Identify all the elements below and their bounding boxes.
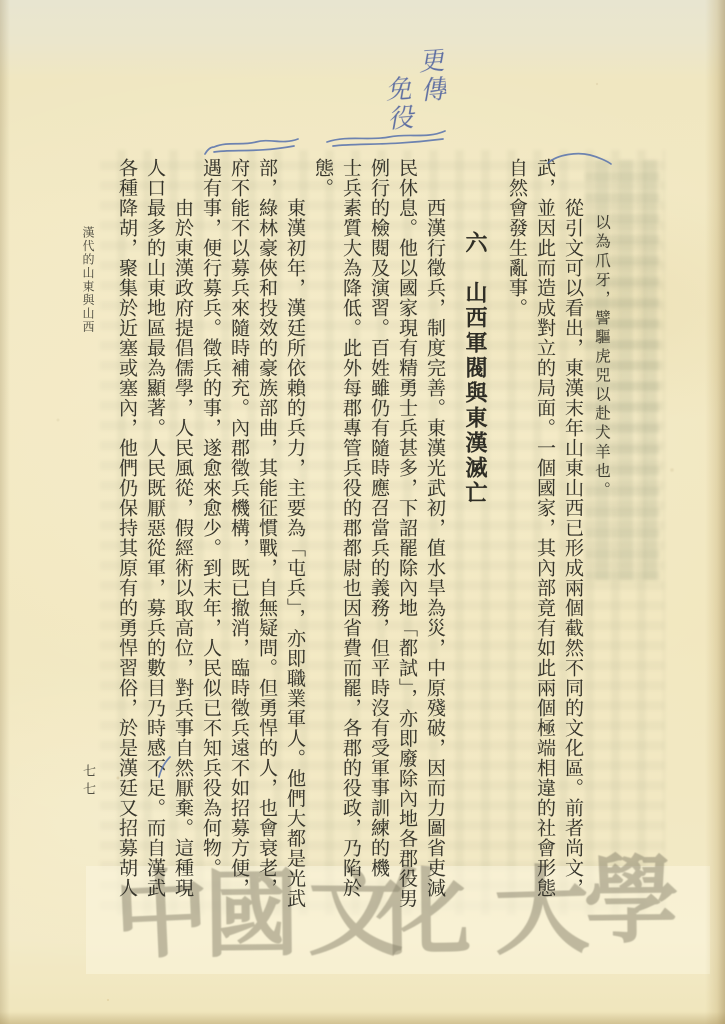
page-edge-left <box>0 0 10 1024</box>
body-column: 東漢初年，漢廷所依賴的兵力，主要為「屯兵」，亦即職業軍人。他們大都是光武舊 <box>280 158 308 910</box>
scanned-book-page: 中 國 文 化 大 學 以為爪牙，譬驅虎兕以赴犬羊也。 從引文可以看出，東漢末年… <box>0 0 725 1024</box>
page-number: 七七 <box>80 764 96 800</box>
body-column: 部，綠林豪俠和投效的豪族部曲，其能征慣戰，自無疑問。但勇悍的人，也會衰老，因此政 <box>252 158 280 910</box>
text-block: 以為爪牙，譬驅虎兕以赴犬羊也。 從引文可以看出，東漢末年山東山西已形成兩個截然不… <box>112 158 616 910</box>
section-heading: 六 山西軍閥與東漢滅亡 <box>448 158 502 910</box>
body-column: 各種降胡，聚集於近塞或塞內，他們仍保持其原有的勇悍習俗，於是漢廷又招募胡人為兵。 <box>112 158 140 910</box>
body-column: 從引文可以看出，東漢末年山東山西已形成兩個截然不同的文化區。前者尚文，後者尚 <box>558 158 586 910</box>
handwritten-note: 更傳 免役 <box>379 46 448 134</box>
body-column: 士兵素質大為降低。此外每郡專管兵役的郡都尉也因省費而罷，各郡的役政，乃陷於停頓狀 <box>336 158 364 910</box>
body-column: 遇有事，便行募兵。徵兵的事，遂愈來愈少。到末年，人民似已不知兵役為何物。 <box>196 158 224 910</box>
running-title: 漢代的山東與山西 <box>80 226 96 334</box>
body-column: 態。 <box>308 158 336 910</box>
body-column: 人口最多的山東地區最為顯著。人民既厭惡從軍，募兵的數目乃時感不足。而自漢武以後， <box>140 158 168 910</box>
page-edge-right <box>705 0 725 1024</box>
quote-column: 以為爪牙，譬驅虎兕以赴犬羊也。 <box>586 158 616 910</box>
body-column: 民休息。他以國家現有精勇士兵甚多，下詔罷除內地「都試」，亦即廢除內地各郡役男每年 <box>392 158 420 910</box>
body-column: 武，並因此而造成對立的局面。一個國家，其內部竟有如此兩個極端相違的社會形態存在， <box>530 158 558 910</box>
page-edge-bottom <box>0 1012 725 1024</box>
body-column: 府不能不以募兵來隨時補充。內郡徵兵機構，既已撤消，臨時徵兵遠不如招募方便，因此每 <box>224 158 252 910</box>
body-column: 例行的檢閱及演習。百姓雖仍有隨時應召當兵的義務，但平時沒有受軍事訓練的機會，因此 <box>364 158 392 910</box>
body-column: 由於東漢政府提倡儒學，人民風從，假經術以取高位，對兵事自然厭棄。這種現象，以 <box>168 158 196 910</box>
body-column: 自然會發生亂事。 <box>502 158 530 910</box>
handwritten-note-right: 更傳 <box>414 46 448 132</box>
handwritten-note-left: 免役 <box>381 74 413 134</box>
body-column: 西漢行徵兵，制度完善。東漢光武初，值水旱為災，中原殘破，因而力圖省吏減賦，與 <box>420 158 448 910</box>
